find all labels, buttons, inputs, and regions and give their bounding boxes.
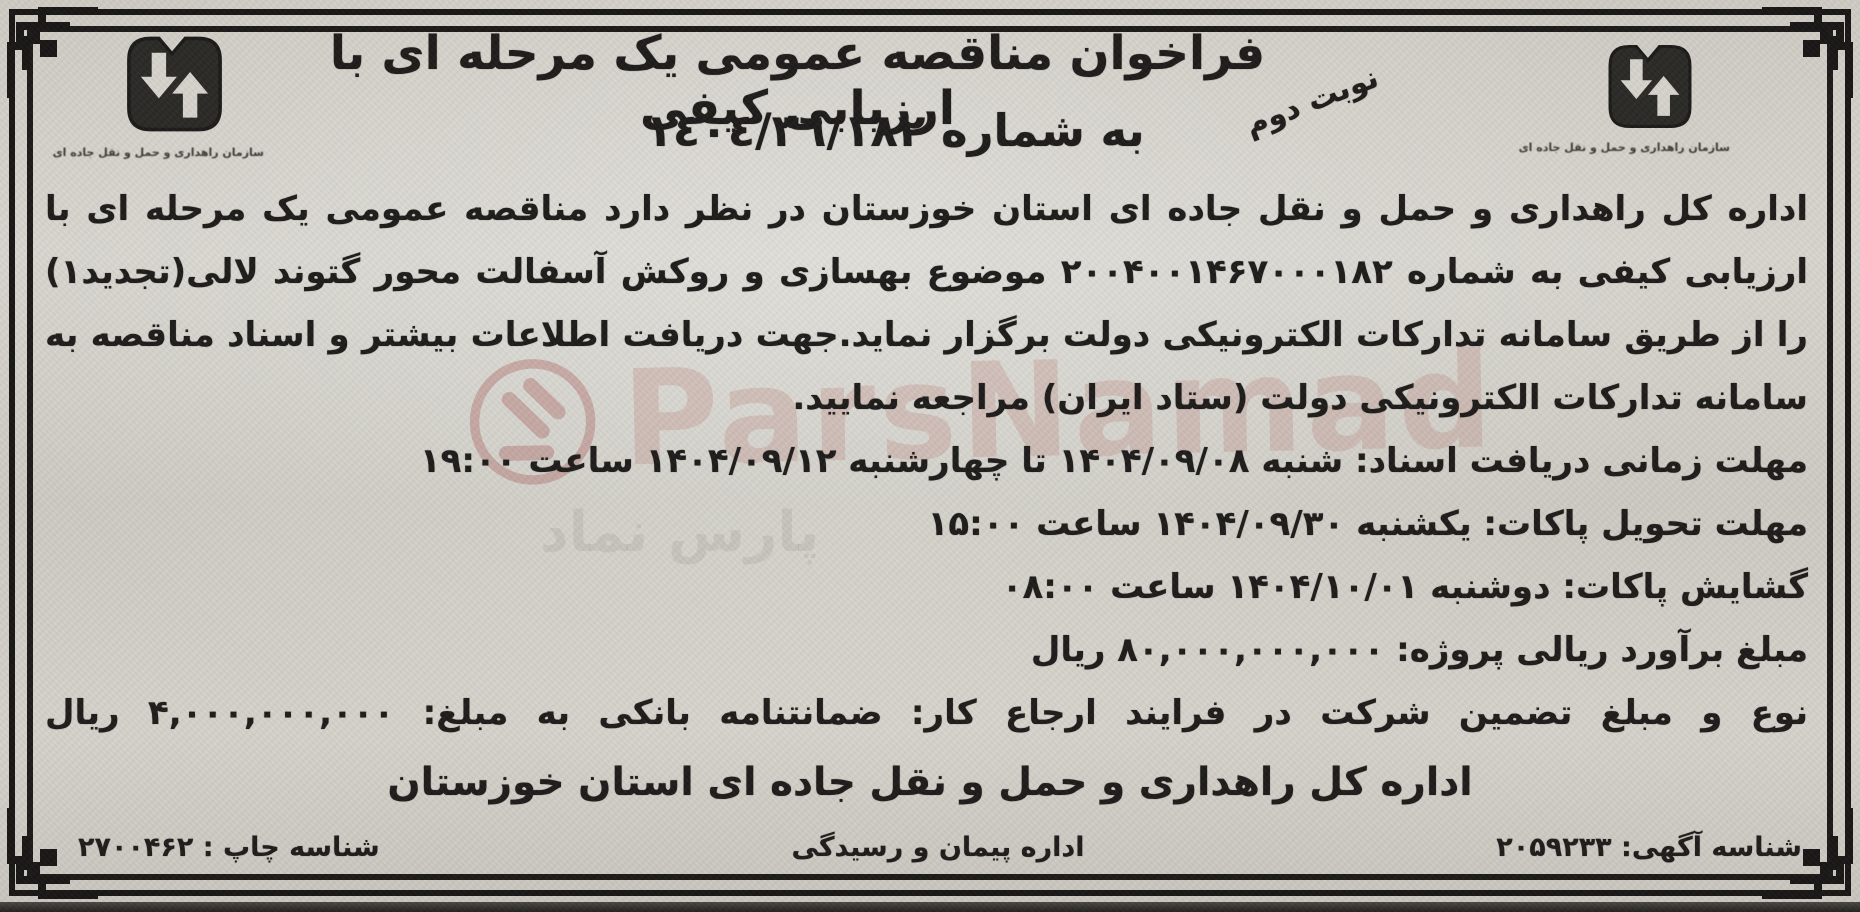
newspaper-tender-ad: ParsNamad پارس نماد سازمان راهداری و حمل… — [0, 0, 1860, 912]
ad-id: شناسه آگهی: ۲۰۵۹۲۳۳ — [1496, 832, 1802, 863]
rmto-arrows-icon — [1591, 34, 1709, 139]
footer-department: اداره پیمان و رسیدگی — [792, 832, 1085, 863]
body-line-submit-deadline: مهلت تحویل پاکات: یکشنبه ۱۴۰۴/۰۹/۳۰ ساعت… — [45, 493, 1808, 556]
body-line-doc-deadline: مهلت زمانی دریافت اسناد: شنبه ۱۴۰۴/۰۹/۰۸… — [45, 430, 1808, 493]
rmto-arrows-icon — [107, 24, 242, 144]
footer-org-name: اداره کل راهداری و حمل و نقل جاده ای است… — [0, 760, 1860, 805]
corner-ornament-bottom-right — [1762, 808, 1858, 904]
logo-caption: سازمان راهداری و حمل و نقل جاده ای — [1570, 141, 1730, 154]
print-id: شناسه چاپ : ۲۷۰۰۴۶۲ — [78, 832, 380, 863]
corner-ornament-bottom-left — [2, 808, 98, 904]
logo-caption: سازمان راهداری و حمل و نقل جاده ای — [84, 146, 264, 159]
body-line-opening: گشایش پاکات: دوشنبه ۱۴۰۴/۱۰/۰۱ ساعت ۰۸:۰… — [45, 556, 1808, 619]
body-line-guarantee: نوع و مبلغ تضمین شرکت در فرایند ارجاع کا… — [45, 682, 1808, 745]
corner-ornament-top-right — [1762, 2, 1858, 98]
body-line-intro: اداره کل راهداری و حمل و نقل جاده ای است… — [45, 178, 1808, 241]
scan-edge-artifact — [0, 902, 1860, 912]
body-line-subject: ارزیابی کیفی به شماره ۲۰۰۴۰۰۱۴۶۷۰۰۰۱۸۲ م… — [45, 241, 1808, 304]
rmto-logo-left: سازمان راهداری و حمل و نقل جاده ای — [84, 24, 264, 159]
tender-body: اداره کل راهداری و حمل و نقل جاده ای است… — [45, 178, 1808, 745]
body-line-estimate: مبلغ برآورد ریالی پروژه: ۸۰,۰۰۰,۰۰۰,۰۰۰ … — [45, 619, 1808, 682]
rmto-logo-right: سازمان راهداری و حمل و نقل جاده ای — [1570, 34, 1730, 154]
tender-number: به شماره ١٤٠٤/٣٦/١٨٢ — [565, 104, 1225, 157]
body-line-system: را از طریق سامانه تدارکات الکترونیکی دول… — [45, 304, 1808, 367]
footer-row: شناسه آگهی: ۲۰۵۹۲۳۳ اداره پیمان و رسیدگی… — [78, 832, 1802, 863]
body-line-setad: سامانه تدارکات الکترونیکی دولت (ستاد ایر… — [45, 367, 1808, 430]
corner-ornament-top-left — [2, 2, 98, 98]
